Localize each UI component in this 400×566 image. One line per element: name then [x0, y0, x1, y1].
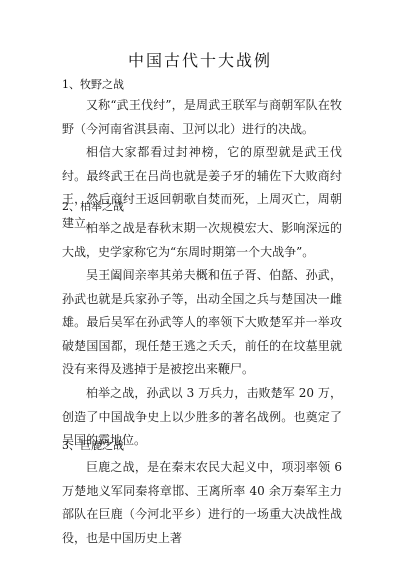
section-heading: 3、巨鹿之战 — [62, 437, 124, 453]
section-heading: 2、柏举之战 — [62, 198, 124, 214]
paragraph: 柏举之战是春秋末期一次规模宏大、影响深远的大战，史学家称它为“东周时期第一个大战… — [62, 217, 342, 264]
page-title: 中国古代十大战例 — [0, 48, 400, 71]
paragraph: 又称“武王伐纣”，是周武王联军与商朝军队在牧野（今河南省淇县南、卫河以北）进行的… — [62, 94, 342, 141]
section-heading: 1、牧野之战 — [62, 76, 124, 92]
paragraph: 吴王阖闾亲率其弟夫概和伍子胥、伯嚭、孙武，孙武也就是兵家孙子等，出动全国之兵与楚… — [62, 264, 342, 382]
document-page: 中国古代十大战例 1、牧野之战 又称“武王伐纣”，是周武王联军与商朝军队在牧野（… — [0, 0, 400, 566]
paragraph: 巨鹿之战，是在秦末农民大起义中，项羽率领 6 万楚地义军同秦将章邯、王离所率 4… — [62, 456, 342, 550]
